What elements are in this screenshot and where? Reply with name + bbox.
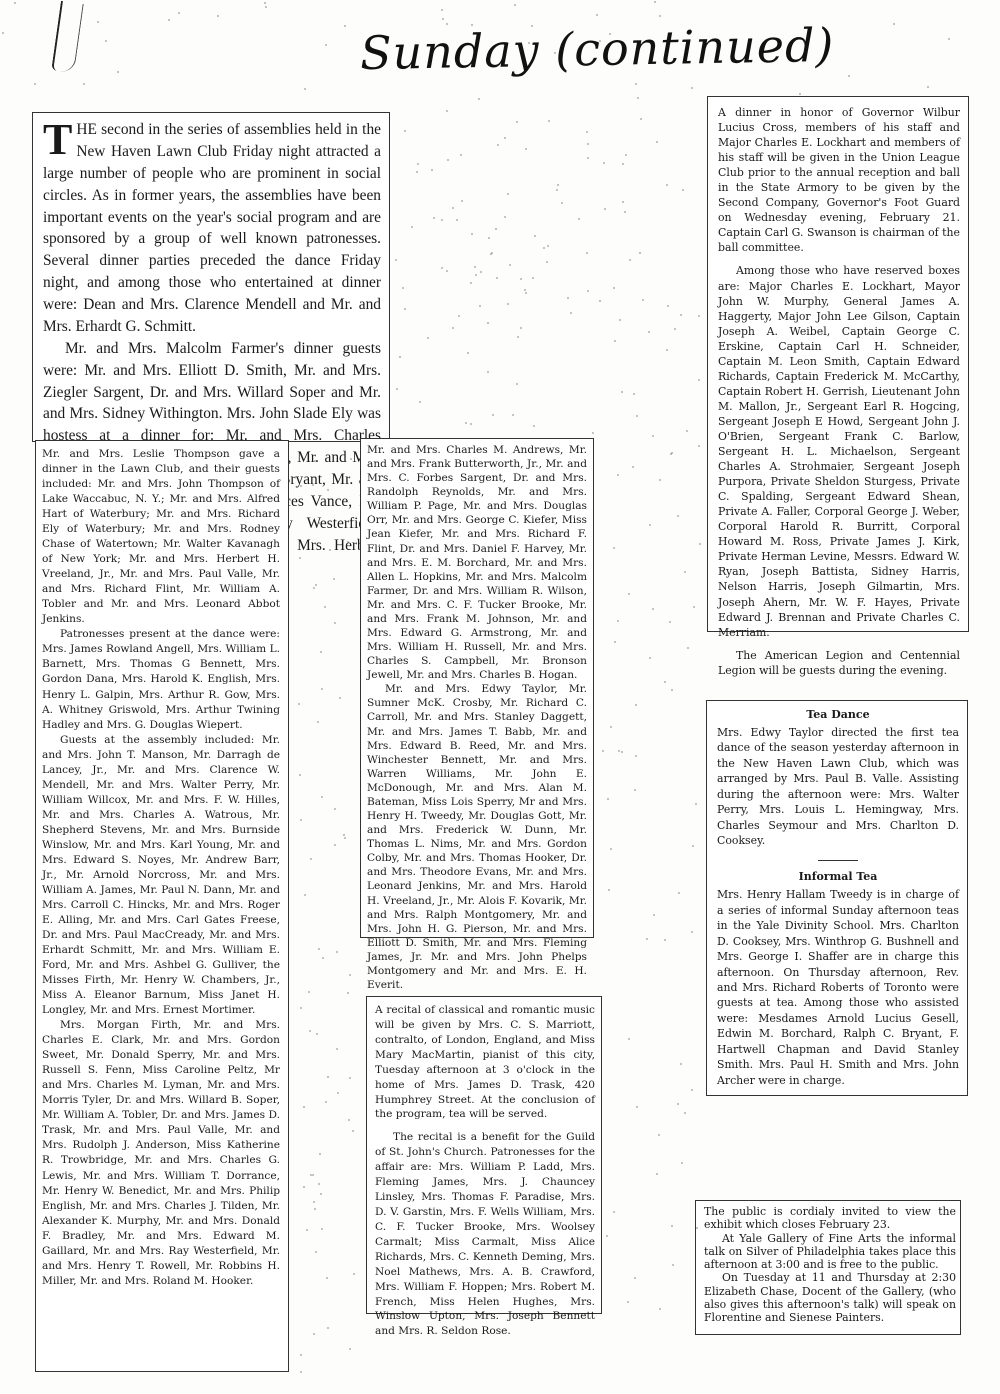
gallery-paragraph-3: On Tuesday at 11 and Thursday at 2:30 El… <box>704 1271 956 1324</box>
noise-speck <box>634 1277 636 1279</box>
noise-speck <box>441 9 443 11</box>
noise-speck <box>452 327 454 329</box>
noise-speck <box>465 422 467 424</box>
noise-speck <box>603 162 605 164</box>
noise-speck <box>496 277 498 279</box>
noise-speck <box>458 315 460 317</box>
noise-speck <box>446 270 448 272</box>
noise-speck <box>316 1033 318 1035</box>
noise-speck <box>618 750 620 752</box>
informal-tea-paragraph: Mrs. Henry Hallam Tweedy is in charge of… <box>717 887 959 1088</box>
noise-speck <box>446 23 448 25</box>
noise-speck <box>516 383 518 385</box>
noise-speck <box>313 587 315 589</box>
noise-speck <box>848 75 850 77</box>
noise-speck <box>587 290 589 292</box>
noise-speck <box>416 171 418 173</box>
noise-speck <box>309 1030 311 1032</box>
noise-speck <box>347 541 349 543</box>
noise-speck <box>352 1130 354 1132</box>
noise-speck <box>353 1273 355 1275</box>
informal-tea-heading: Informal Tea <box>717 869 959 885</box>
noise-speck <box>402 287 404 289</box>
noise-speck <box>680 1063 682 1065</box>
noise-speck <box>649 657 651 659</box>
noise-speck <box>547 245 549 247</box>
noise-speck <box>322 957 324 959</box>
noise-speck <box>646 938 648 940</box>
noise-speck <box>948 38 950 40</box>
noise-speck <box>677 1103 679 1105</box>
noise-speck <box>682 189 684 191</box>
noise-speck <box>304 88 306 90</box>
noise-speck <box>327 1076 329 1078</box>
noise-speck <box>599 300 601 302</box>
noise-speck <box>604 208 606 210</box>
noise-speck <box>478 98 480 100</box>
noise-speck <box>635 83 637 85</box>
noise-speck <box>586 252 588 254</box>
noise-speck <box>336 1048 338 1050</box>
noise-speck <box>343 834 345 836</box>
noise-speck <box>625 154 627 156</box>
noise-speck <box>300 1371 302 1373</box>
noise-speck <box>514 4 516 6</box>
noise-speck <box>666 184 668 186</box>
noise-speck <box>313 1333 315 1335</box>
noise-speck <box>497 144 499 146</box>
noise-speck <box>570 312 572 314</box>
noise-speck <box>621 751 623 753</box>
noise-speck <box>691 931 693 933</box>
noise-speck <box>310 1174 312 1176</box>
noise-speck <box>404 130 406 132</box>
noise-speck <box>517 336 519 338</box>
noise-speck <box>442 18 444 20</box>
noise-speck <box>614 340 616 342</box>
noise-speck <box>487 371 489 373</box>
noise-speck <box>419 401 421 403</box>
noise-speck <box>684 571 686 573</box>
noise-speck <box>487 322 489 324</box>
noise-speck <box>624 211 626 213</box>
noise-speck <box>520 327 522 329</box>
noise-speck <box>698 315 700 317</box>
noise-speck <box>461 200 463 202</box>
noise-speck <box>698 445 700 447</box>
recital-paragraph-1: A recital of classical and romantic musi… <box>375 1003 595 1122</box>
noise-speck <box>636 1106 638 1108</box>
noise-speck <box>427 337 429 339</box>
noise-speck <box>479 305 481 307</box>
noise-speck <box>319 1153 321 1155</box>
noise-speck <box>637 97 639 99</box>
noise-speck <box>308 991 310 993</box>
noise-speck <box>321 1228 323 1230</box>
noise-speck <box>318 522 320 524</box>
noise-speck <box>433 217 435 219</box>
noise-speck <box>548 120 550 122</box>
noise-speck <box>628 1038 630 1040</box>
noise-speck <box>649 524 651 526</box>
noise-speck <box>554 52 556 54</box>
noise-speck <box>310 858 312 860</box>
noise-speck <box>168 19 170 21</box>
handwritten-title: Sunday (continued) <box>360 18 835 80</box>
noise-speck <box>674 328 676 330</box>
noise-speck <box>336 951 338 953</box>
thompson-paragraph-1: Mr. and Mrs. Leslie Thompson gave a dinn… <box>42 447 280 627</box>
noise-speck <box>687 647 689 649</box>
noise-speck <box>546 261 548 263</box>
noise-speck <box>507 193 509 195</box>
noise-speck <box>629 259 631 261</box>
noise-speck <box>525 148 527 150</box>
noise-speck <box>578 218 580 220</box>
noise-speck <box>304 894 306 896</box>
noise-speck <box>672 1264 674 1266</box>
governor-paragraph-3: The American Legion and Centennial Legio… <box>718 648 960 678</box>
noise-speck <box>927 86 929 88</box>
noise-speck <box>14 2 16 4</box>
noise-speck <box>893 23 895 25</box>
noise-speck <box>334 808 336 810</box>
noise-speck <box>654 1 656 3</box>
noise-speck <box>622 163 624 165</box>
noise-speck <box>265 6 267 8</box>
noise-speck <box>105 40 107 42</box>
noise-speck <box>298 703 300 705</box>
noise-speck <box>509 264 511 266</box>
noise-speck <box>664 939 666 941</box>
clipping-governor-dinner: A dinner in honor of Governor Wilbur Luc… <box>707 96 969 632</box>
noise-speck <box>587 143 589 145</box>
noise-speck <box>516 121 518 123</box>
noise-speck <box>698 379 700 381</box>
noise-speck <box>334 622 336 624</box>
noise-speck <box>404 308 406 310</box>
noise-speck <box>326 1277 328 1279</box>
noise-speck <box>318 1183 320 1185</box>
noise-speck <box>606 1235 608 1237</box>
noise-speck <box>117 71 119 73</box>
noise-speck <box>446 110 448 112</box>
noise-speck <box>347 992 349 994</box>
noise-speck <box>306 1229 308 1231</box>
noise-speck <box>699 543 701 545</box>
thompson-paragraph-2: Patronesses present at the dance were: M… <box>42 627 280 732</box>
noise-speck <box>314 1208 316 1210</box>
noise-speck <box>456 219 458 221</box>
noise-speck <box>97 21 99 23</box>
noise-speck <box>534 235 536 237</box>
noise-speck <box>677 515 679 517</box>
noise-speck <box>596 14 598 16</box>
noise-speck <box>312 1174 314 1176</box>
noise-speck <box>321 796 323 798</box>
noise-speck <box>349 1077 351 1079</box>
noise-speck <box>680 314 682 316</box>
noise-speck <box>619 319 621 321</box>
noise-speck <box>337 1092 339 1094</box>
noise-speck <box>348 1119 350 1121</box>
noise-speck <box>696 1227 698 1229</box>
noise-speck <box>671 1225 673 1227</box>
clipping-guest-list: Mr. and Mrs. Charles M. Andrews, Mr. and… <box>360 438 594 938</box>
noise-speck <box>803 41 805 43</box>
noise-speck <box>178 12 180 14</box>
noise-speck <box>470 282 472 284</box>
noise-speck <box>447 159 449 161</box>
noise-speck <box>399 356 401 358</box>
noise-speck <box>692 845 694 847</box>
noise-speck <box>344 837 346 839</box>
noise-speck <box>652 435 654 437</box>
noise-speck <box>504 137 506 139</box>
noise-speck <box>344 25 346 27</box>
noise-speck <box>592 432 594 434</box>
noise-speck <box>303 1106 305 1108</box>
noise-speck <box>656 141 658 143</box>
noise-speck <box>613 547 615 549</box>
clipping-assemblies: T HE second in the series of assemblies … <box>32 112 390 442</box>
andrews-paragraph-2: Mr. and Mrs. Edwy Taylor, Mr. Sumner McK… <box>367 682 587 992</box>
noise-speck <box>441 219 443 221</box>
noise-speck <box>520 278 522 280</box>
noise-speck <box>684 1112 686 1114</box>
noise-speck <box>587 157 589 159</box>
noise-speck <box>634 789 636 791</box>
noise-speck <box>617 620 619 622</box>
noise-speck <box>315 1251 317 1253</box>
noise-speck <box>320 1193 322 1195</box>
noise-speck <box>691 87 693 89</box>
noise-speck <box>567 297 569 299</box>
noise-speck <box>492 414 494 416</box>
recital-paragraph-2: The recital is a benefit for the Guild o… <box>375 1130 595 1339</box>
noise-speck <box>324 606 326 608</box>
noise-speck <box>460 154 462 156</box>
noise-speck <box>471 233 473 235</box>
noise-speck <box>300 1007 302 1009</box>
governor-paragraph-1: A dinner in honor of Governor Wilbur Luc… <box>718 105 960 255</box>
noise-speck <box>395 259 397 261</box>
noise-speck <box>671 689 673 691</box>
noise-speck <box>627 1301 629 1303</box>
gallery-paragraph-2: At Yale Gallery of Fine Arts the informa… <box>704 1232 956 1272</box>
noise-speck <box>431 169 433 171</box>
tea-dance-heading: Tea Dance <box>717 707 959 723</box>
tea-dance-paragraph: Mrs. Edwy Taylor directed the first tea … <box>717 725 959 849</box>
noise-speck <box>327 1327 329 1329</box>
noise-speck <box>659 1308 661 1310</box>
noise-speck <box>632 466 634 468</box>
clipping-thompson-dinner: Mr. and Mrs. Leslie Thompson gave a dinn… <box>35 440 289 1372</box>
noise-speck <box>613 1211 615 1213</box>
governor-paragraph-2: Among those who have reserved boxes are:… <box>718 263 960 639</box>
noise-speck <box>34 83 36 85</box>
clipping-recital: A recital of classical and romantic musi… <box>366 996 602 1314</box>
assemblies-paragraph-1: HE second in the series of assemblies he… <box>43 119 381 338</box>
noise-speck <box>329 549 331 551</box>
noise-speck <box>467 352 469 354</box>
noise-speck <box>648 331 650 333</box>
noise-speck <box>666 349 668 351</box>
noise-speck <box>532 277 534 279</box>
noise-speck <box>621 391 623 393</box>
noise-speck <box>495 228 497 230</box>
noise-speck <box>664 681 666 683</box>
divider <box>818 860 858 861</box>
noise-speck <box>610 726 612 728</box>
noise-speck <box>488 237 490 239</box>
noise-speck <box>659 15 661 17</box>
clipping-gallery: The public is cordialy invited to view t… <box>695 1200 961 1335</box>
noise-speck <box>691 1089 693 1091</box>
noise-speck <box>652 608 654 610</box>
clipping-tea-dance: Tea Dance Mrs. Edwy Taylor directed the … <box>706 700 968 1096</box>
noise-speck <box>471 24 473 26</box>
noise-speck <box>512 414 514 416</box>
noise-speck <box>656 1173 658 1175</box>
noise-speck <box>799 93 801 95</box>
noise-speck <box>452 207 454 209</box>
noise-speck <box>556 189 558 191</box>
noise-speck <box>317 721 319 723</box>
noise-speck <box>543 247 545 249</box>
noise-speck <box>321 688 323 690</box>
noise-speck <box>264 2 266 4</box>
noise-speck <box>396 388 398 390</box>
noise-speck <box>300 819 302 821</box>
noise-speck <box>561 202 563 204</box>
noise-speck <box>411 226 413 228</box>
noise-speck <box>325 1101 327 1103</box>
noise-speck <box>83 83 85 85</box>
noise-speck <box>622 201 624 203</box>
noise-speck <box>614 641 616 643</box>
noise-speck <box>658 1134 660 1136</box>
noise-speck <box>653 914 655 916</box>
noise-speck <box>474 266 476 268</box>
noise-speck <box>667 305 669 307</box>
noise-speck <box>610 848 612 850</box>
noise-speck <box>480 271 482 273</box>
noise-speck <box>557 184 559 186</box>
noise-speck <box>695 803 697 805</box>
noise-speck <box>349 974 351 976</box>
noise-speck <box>318 948 320 950</box>
noise-speck <box>300 1354 302 1356</box>
noise-speck <box>312 484 314 486</box>
noise-speck <box>640 118 642 120</box>
noise-speck <box>586 131 588 133</box>
noise-speck <box>507 303 509 305</box>
noise-speck <box>475 274 477 276</box>
noise-speck <box>320 651 322 653</box>
noise-speck <box>349 1348 351 1350</box>
noise-speck <box>504 216 506 218</box>
noise-speck <box>602 750 604 752</box>
noise-speck <box>217 15 219 17</box>
noise-speck <box>599 40 601 42</box>
noise-speck <box>533 425 535 427</box>
thompson-paragraph-4: Mrs. Morgan Firth, Mr. and Mrs. Charles … <box>42 1018 280 1289</box>
noise-speck <box>491 252 493 254</box>
noise-speck <box>417 163 419 165</box>
noise-speck <box>350 458 352 460</box>
pen-mark <box>51 1 84 74</box>
noise-speck <box>633 393 635 395</box>
noise-speck <box>642 299 644 301</box>
noise-speck <box>325 44 327 46</box>
noise-speck <box>686 430 688 432</box>
noise-speck <box>659 479 661 481</box>
noise-speck <box>678 892 680 894</box>
noise-speck <box>635 755 637 757</box>
noise-speck <box>441 267 443 269</box>
noise-speck <box>313 1201 315 1203</box>
noise-speck <box>339 697 341 699</box>
noise-speck <box>669 621 671 623</box>
noise-speck <box>636 415 638 417</box>
thompson-paragraph-3: Guests at the assembly included: Mr. and… <box>42 733 280 1019</box>
noise-speck <box>693 606 695 608</box>
noise-speck <box>315 584 317 586</box>
andrews-paragraph-1: Mr. and Mrs. Charles M. Andrews, Mr. and… <box>367 443 587 682</box>
noise-speck <box>470 423 472 425</box>
noise-speck <box>628 593 630 595</box>
noise-speck <box>617 474 619 476</box>
noise-speck <box>613 287 615 289</box>
noise-speck <box>525 292 527 294</box>
noise-speck <box>299 774 301 776</box>
gallery-paragraph-1: The public is cordialy invited to view t… <box>704 1205 956 1232</box>
noise-speck <box>635 704 637 706</box>
noise-speck <box>608 889 610 891</box>
noise-speck <box>334 844 336 846</box>
noise-speck <box>639 252 641 254</box>
drop-cap: T <box>43 121 72 159</box>
noise-speck <box>524 289 526 291</box>
noise-speck <box>333 578 335 580</box>
noise-speck <box>303 1186 305 1188</box>
noise-speck <box>681 1162 683 1164</box>
noise-speck <box>607 798 609 800</box>
noise-speck <box>2 32 4 34</box>
